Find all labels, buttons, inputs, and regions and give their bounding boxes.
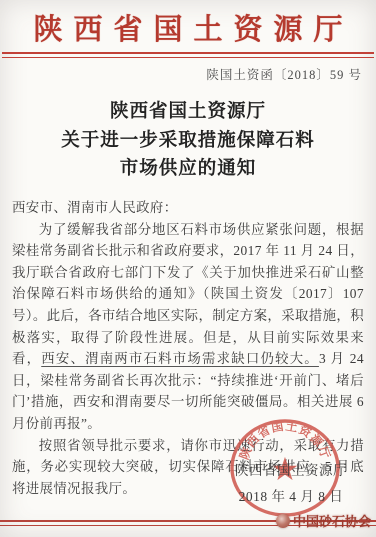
header-divider (2, 52, 374, 58)
document-page: 陕西省国土资源厅 陕国土资函〔2018〕59 号 陕西省国土资源厅 关于进一步采… (0, 0, 376, 537)
doc-number: 陕国土资函〔2018〕59 号 (0, 65, 376, 83)
signature-block: 陕西省国土资源厅 2018 年 4 月 8 日 (220, 458, 362, 510)
signature-agency: 陕西省国土资源厅 (220, 458, 362, 484)
title-line-1: 陕西省国土资源厅 (0, 98, 376, 127)
paragraph-1-underlined-text: 西安、渭南两市石料市场需求缺口仍较大。 (41, 351, 319, 366)
title-line-3: 市场供应的通知 (0, 155, 376, 184)
signature-date: 2018 年 4 月 8 日 (220, 484, 362, 510)
association-logo-icon (276, 514, 290, 528)
paragraph-1: 为了缓解我省部分地区石料市场供应紧张问题，根据梁桂常务副省长批示和省政府要求，2… (12, 219, 364, 435)
agency-masthead: 陕西省国土资源厅 (0, 7, 376, 48)
title-line-2: 关于进一步采取措施保障石料 (0, 127, 376, 156)
association-name: 中国砂石协会 (293, 511, 371, 530)
paragraph-1-text: 为了缓解我省部分地区石料市场供应紧张问题，根据梁桂常务副省长批示和省政府要求，2… (12, 222, 364, 367)
association-watermark: 中国砂石协会 (276, 511, 371, 530)
document-title: 陕西省国土资源厅 关于进一步采取措施保障石料 市场供应的通知 (0, 98, 376, 184)
salutation: 西安市、渭南市人民政府： (12, 197, 364, 219)
